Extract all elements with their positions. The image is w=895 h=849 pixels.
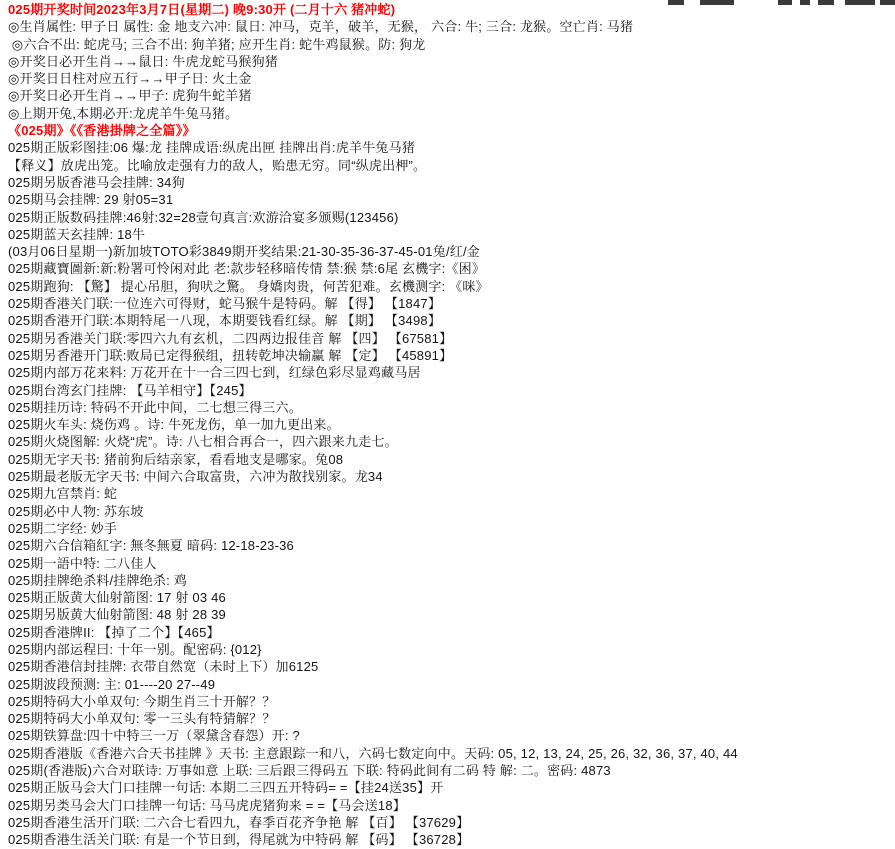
digital-guapai-line: 025期正版数码挂牌:46射:32=28壹句真言:欢游洽宴多颁赐(123456)	[8, 209, 895, 226]
idiom-explanation-line: 【释义】放虎出笼。比喻放走强有力的敌人，贻患无穷。同“纵虎出柙”。	[8, 157, 895, 174]
section-title-hk-guapai: 《025期》《《香港掛牌之全篇》》	[8, 122, 895, 139]
last-period-line: ◎上期开兔,本期必开:龙虎羊牛兔马猪。	[8, 105, 895, 122]
hk-opening-couplet-line: 025期香港开门联:本期特尾一八现，本期要钱看红绿。解 【期】 【3498】	[8, 312, 895, 329]
internal-wanhua-line: 025期内部万花来料: 万花开在十一合三四七到，红绿色彩尽显鸡藏马居	[8, 364, 895, 381]
zodiac-attributes-line: ◎生肖属性: 甲子日 属性: 金 地支六冲: 鼠日: 冲马，克羊，破羊，无猴， …	[8, 18, 895, 35]
five-elements-line: ◎开奖日日柱对应五行→→甲子日: 火土金	[8, 70, 895, 87]
must-hit-figure-line: 025期必中人物: 苏东坡	[8, 503, 895, 520]
treasure-map-line: 025期藏寶圖新:新:粉署可怜闲对此 老:款步轻移暗传情 禁:猴 禁:6尾 玄機…	[8, 260, 895, 277]
singapore-toto-result-line: (03月06日星期一)新加坡TOTO彩3849期开奖结果:21-30-35-36…	[8, 243, 895, 260]
hk-couplet-poem-line: 025期(香港版)六合对联诗: 万事如意 上联: 三后跟三得码五 下联: 特码此…	[8, 762, 895, 779]
alt-hk-closing-couplet-line: 025期另香港关门联:零四六九有玄机，二四两边报佳音 解 【四】 【67581】	[8, 330, 895, 347]
hk-envelope-guapai-line: 025期香港信封挂牌: 衣带自然宽（未时上下）加6125	[8, 658, 895, 675]
hk-card-ii-line: 025期香港牌II: 【掉了二个】【465】	[8, 624, 895, 641]
wong-tai-sin-arrow-line: 025期正版黄大仙射箭图: 17 射 03 46	[8, 589, 895, 606]
blue-sky-guapai-line: 025期蓝天玄挂牌: 18牛	[8, 226, 895, 243]
guapai-kill-line: 025期挂牌绝杀料/挂牌绝杀: 鸡	[8, 572, 895, 589]
content-lines: 025期开奖时间2023年3月7日(星期二) 晚9:30开 (二月十六 猪冲蛇)…	[8, 0, 895, 849]
alt-wong-tai-sin-arrow-line: 025期另版黄大仙射箭图: 48 射 28 39	[8, 606, 895, 623]
fire-chart-line: 025期火烧图解: 火烧“虎”。诗: 八七相合再合一，四六跟来九走七。	[8, 433, 895, 450]
oldest-wordless-book-line: 025期最老版无字天书: 中间六合取富贵，六冲为散找别家。龙34	[8, 468, 895, 485]
hk-heaven-book-line: 025期香港版《香港六合天书挂牌 》天书: 主意跟踪一和八，六码七数定向中。天码…	[8, 745, 895, 762]
alt-gate-guapai-line: 025期另类马会大门口挂牌一句话: 马马虎虎猪狗来 = =【马会送18】	[8, 797, 895, 814]
wordless-book-line: 025期无字天书: 猪前狗后结亲家，看看地支是哪家。兔08	[8, 451, 895, 468]
special-code-sentence-line-1: 025期特码大小单双句: 今期生肖三十开解？？	[8, 693, 895, 710]
train-head-line: 025期火车头: 烧伤鸡 。诗: 牛死龙伤，单一加九更出来。	[8, 416, 895, 433]
hk-life-opening-couplet-line: 025期香港生活开门联: 二六合七看四九，春季百花齐争艳 解 【百】 【3762…	[8, 814, 895, 831]
internal-fortune-line: 025期内部运程曰: 十年一别。配密码: {012}	[8, 641, 895, 658]
alt-hk-opening-couplet-line: 025期另香港开门联:败局已定得猴组，扭转乾坤决输赢 解 【定】 【45891】	[8, 347, 895, 364]
must-open-zodiac-line: ◎开奖日必开生肖→→鼠日: 牛虎龙蛇马猴狗猪	[8, 53, 895, 70]
calendar-poem-line: 025期挂历诗: 特码不开此中间，二七想三得三六。	[8, 399, 895, 416]
lottery-tips-page: 025期开奖时间2023年3月7日(星期二) 晚9:30开 (二月十六 猪冲蛇)…	[0, 0, 895, 849]
running-dog-line: 025期跑狗: 【驚】 提心吊胆，狗吠之驚。 身嬌肉贵，何苦犯难。玄機测字: 《…	[8, 278, 895, 295]
official-chart-line: 025期正版彩图挂:06 爆:龙 挂牌成语:纵虎出匣 挂牌出肖:虎羊牛兔马猪	[8, 139, 895, 156]
two-word-classic-line: 025期二字经: 妙手	[8, 520, 895, 537]
one-phrase-special-line: 025期一語中特: 二八佳人	[8, 555, 895, 572]
page-title-draw-time: 025期开奖时间2023年3月7日(星期二) 晚9:30开 (二月十六 猪冲蛇)	[8, 1, 895, 18]
iron-abacus-line: 025期铁算盘:四十中特三一万（翠黛含春怨）开: ?	[8, 727, 895, 744]
mailbox-red-words-line: 025期六合信箱紅字: 無冬無夏 暗码: 12-18-23-36	[8, 537, 895, 554]
special-code-sentence-line-2: 025期特码大小单双句: 零一三头有特猜解？？	[8, 710, 895, 727]
hk-life-closing-couplet-line: 025期香港生活关门联: 有是一个节日到，得尾就为中特码 解 【码】 【3672…	[8, 831, 895, 848]
official-gate-guapai-line: 025期正版马会大门口挂牌一句话: 本期二三四五开特码= =【挂24送35】开	[8, 779, 895, 796]
jiugong-forbidden-zodiac-line: 025期九宫禁肖: 蛇	[8, 485, 895, 502]
liuhe-exclusion-line: ◎六合不出: 蛇虎马; 三合不出: 狗羊猪; 应开生肖: 蛇牛鸡鼠猴。防: 狗龙	[8, 36, 895, 53]
taiwan-xuanmen-guapai-line: 025期台湾玄门挂牌: 【马羊相守】【245】	[8, 382, 895, 399]
must-open-zodiac-line-2: ◎开奖日必开生肖→→甲子: 虎狗牛蛇羊猪	[8, 87, 895, 104]
wave-band-forecast-line: 025期波段预测: 主: 01----20 27--49	[8, 676, 895, 693]
alt-hk-jockey-guapai-line: 025期另版香港马会挂牌: 34狗	[8, 174, 895, 191]
jockey-guapai-line: 025期马会挂牌: 29 射05=31	[8, 191, 895, 208]
hk-closing-couplet-line: 025期香港关门联:一位连六可得财，蛇马猴牛是特码。解 【得】 【1847】	[8, 295, 895, 312]
